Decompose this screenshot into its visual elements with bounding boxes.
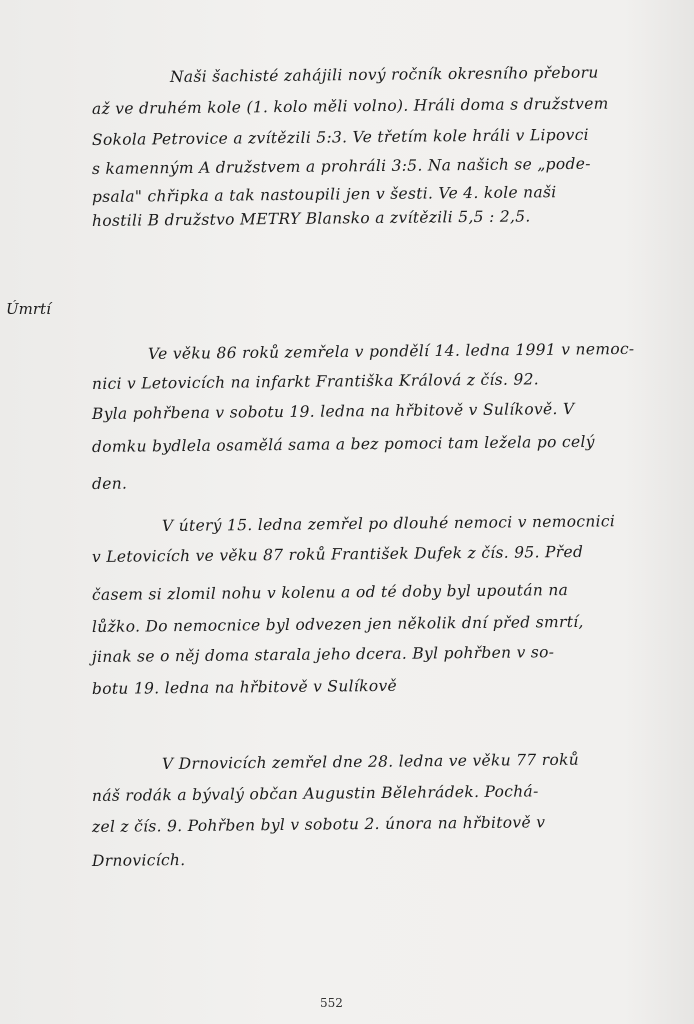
p1-line-1: Naši šachisté zahájili nový ročník okres… — [170, 64, 599, 86]
p2-line-2: nici v Letovicích na infarkt Františka K… — [92, 370, 539, 393]
margin-note-deaths: Úmrtí — [6, 300, 51, 318]
p3-line-5: jinak se o něj doma starala jeho dcera. … — [92, 643, 554, 666]
p1-line-6: hostili B družstvo METRY Blansko a zvítě… — [92, 207, 531, 230]
p4-line-3: zel z čís. 9. Pohřben byl v sobotu 2. ún… — [92, 813, 545, 836]
p1-line-5: psala" chřipka a tak nastoupili jen v še… — [92, 183, 557, 206]
page-number: 552 — [320, 996, 343, 1010]
p3-line-3: časem si zlomil nohu v kolenu a od té do… — [92, 581, 568, 604]
p3-line-2: v Letovicích ve věku 87 roků František D… — [92, 543, 583, 566]
p2-line-1: Ve věku 86 roků zemřela v pondělí 14. le… — [148, 340, 635, 363]
p2-line-4: domku bydlela osamělá sama a bez pomoci … — [92, 433, 595, 456]
p2-line-3: Byla pohřbena v sobotu 19. ledna na hřbi… — [92, 400, 575, 423]
p1-line-4: s kamenným A družstvem a prohráli 3:5. N… — [92, 155, 591, 178]
p4-line-4: Drnovicích. — [92, 851, 186, 870]
p4-line-2: náš rodák a bývalý občan Augustin Bělehr… — [92, 782, 539, 805]
p2-line-5: den. — [92, 475, 127, 493]
p1-line-2: až ve druhém kole (1. kolo měli volno). … — [92, 95, 609, 118]
p1-line-3: Sokola Petrovice a zvítězili 5:3. Ve tře… — [92, 126, 589, 149]
handwritten-page: Úmrtí Naši šachisté zahájili nový ročník… — [0, 0, 694, 1024]
p3-line-6: botu 19. ledna na hřbitově v Sulíkově — [92, 677, 397, 698]
p3-line-1: V úterý 15. ledna zemřel po dlouhé nemoc… — [162, 512, 615, 535]
p3-line-4: lůžko. Do nemocnice byl odvezen jen něko… — [92, 613, 584, 636]
p4-line-1: V Drnovicích zemřel dne 28. ledna ve věk… — [162, 751, 579, 773]
